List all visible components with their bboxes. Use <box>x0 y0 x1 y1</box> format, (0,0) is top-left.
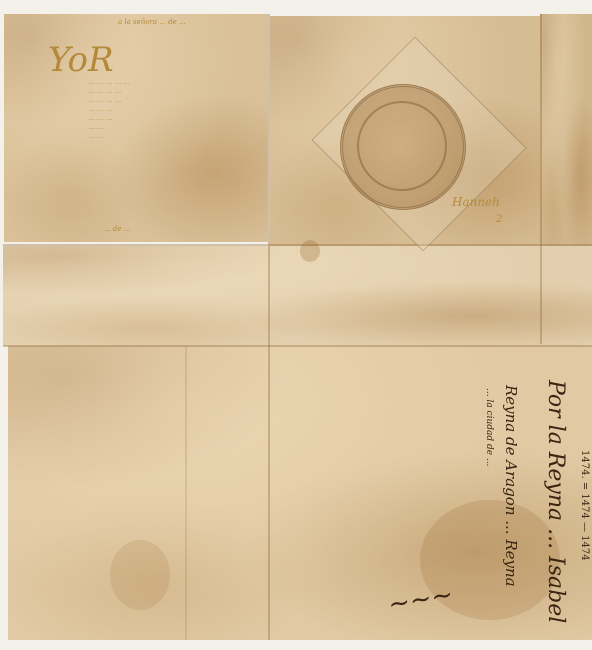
endorsement-line-1: Por la Reyna ... Isabel <box>543 380 568 623</box>
footer-note: ... de ... <box>104 225 130 233</box>
faded-text-block: ... ... ... ... ... ... ... ... ... ... … <box>88 78 130 141</box>
royal-monogram: YoR <box>48 40 114 80</box>
endorsement-line-2: Reyna de Aragon ... Reyna <box>502 385 520 587</box>
horizontal-fold <box>3 244 592 246</box>
signature: Hanneh <box>452 195 500 209</box>
signature-numeral: 2 <box>496 214 502 225</box>
archival-dates: 1474. = 1474 — 1474 <box>579 450 590 561</box>
stain <box>110 540 170 610</box>
top-right-strip <box>540 14 592 248</box>
top-left-panel <box>4 14 268 242</box>
endorsement-line-3: ... la ciudad de ... <box>484 388 494 467</box>
middle-fold-panel <box>3 246 592 346</box>
horizontal-fold <box>3 345 592 347</box>
stain <box>300 240 320 262</box>
seal-inner-ring <box>357 101 447 191</box>
vertical-fold <box>268 14 270 640</box>
wax-seal <box>340 84 466 210</box>
address-line: a la señora ... de ... <box>118 18 186 26</box>
vertical-fold <box>540 14 542 344</box>
vertical-fold <box>185 346 187 640</box>
